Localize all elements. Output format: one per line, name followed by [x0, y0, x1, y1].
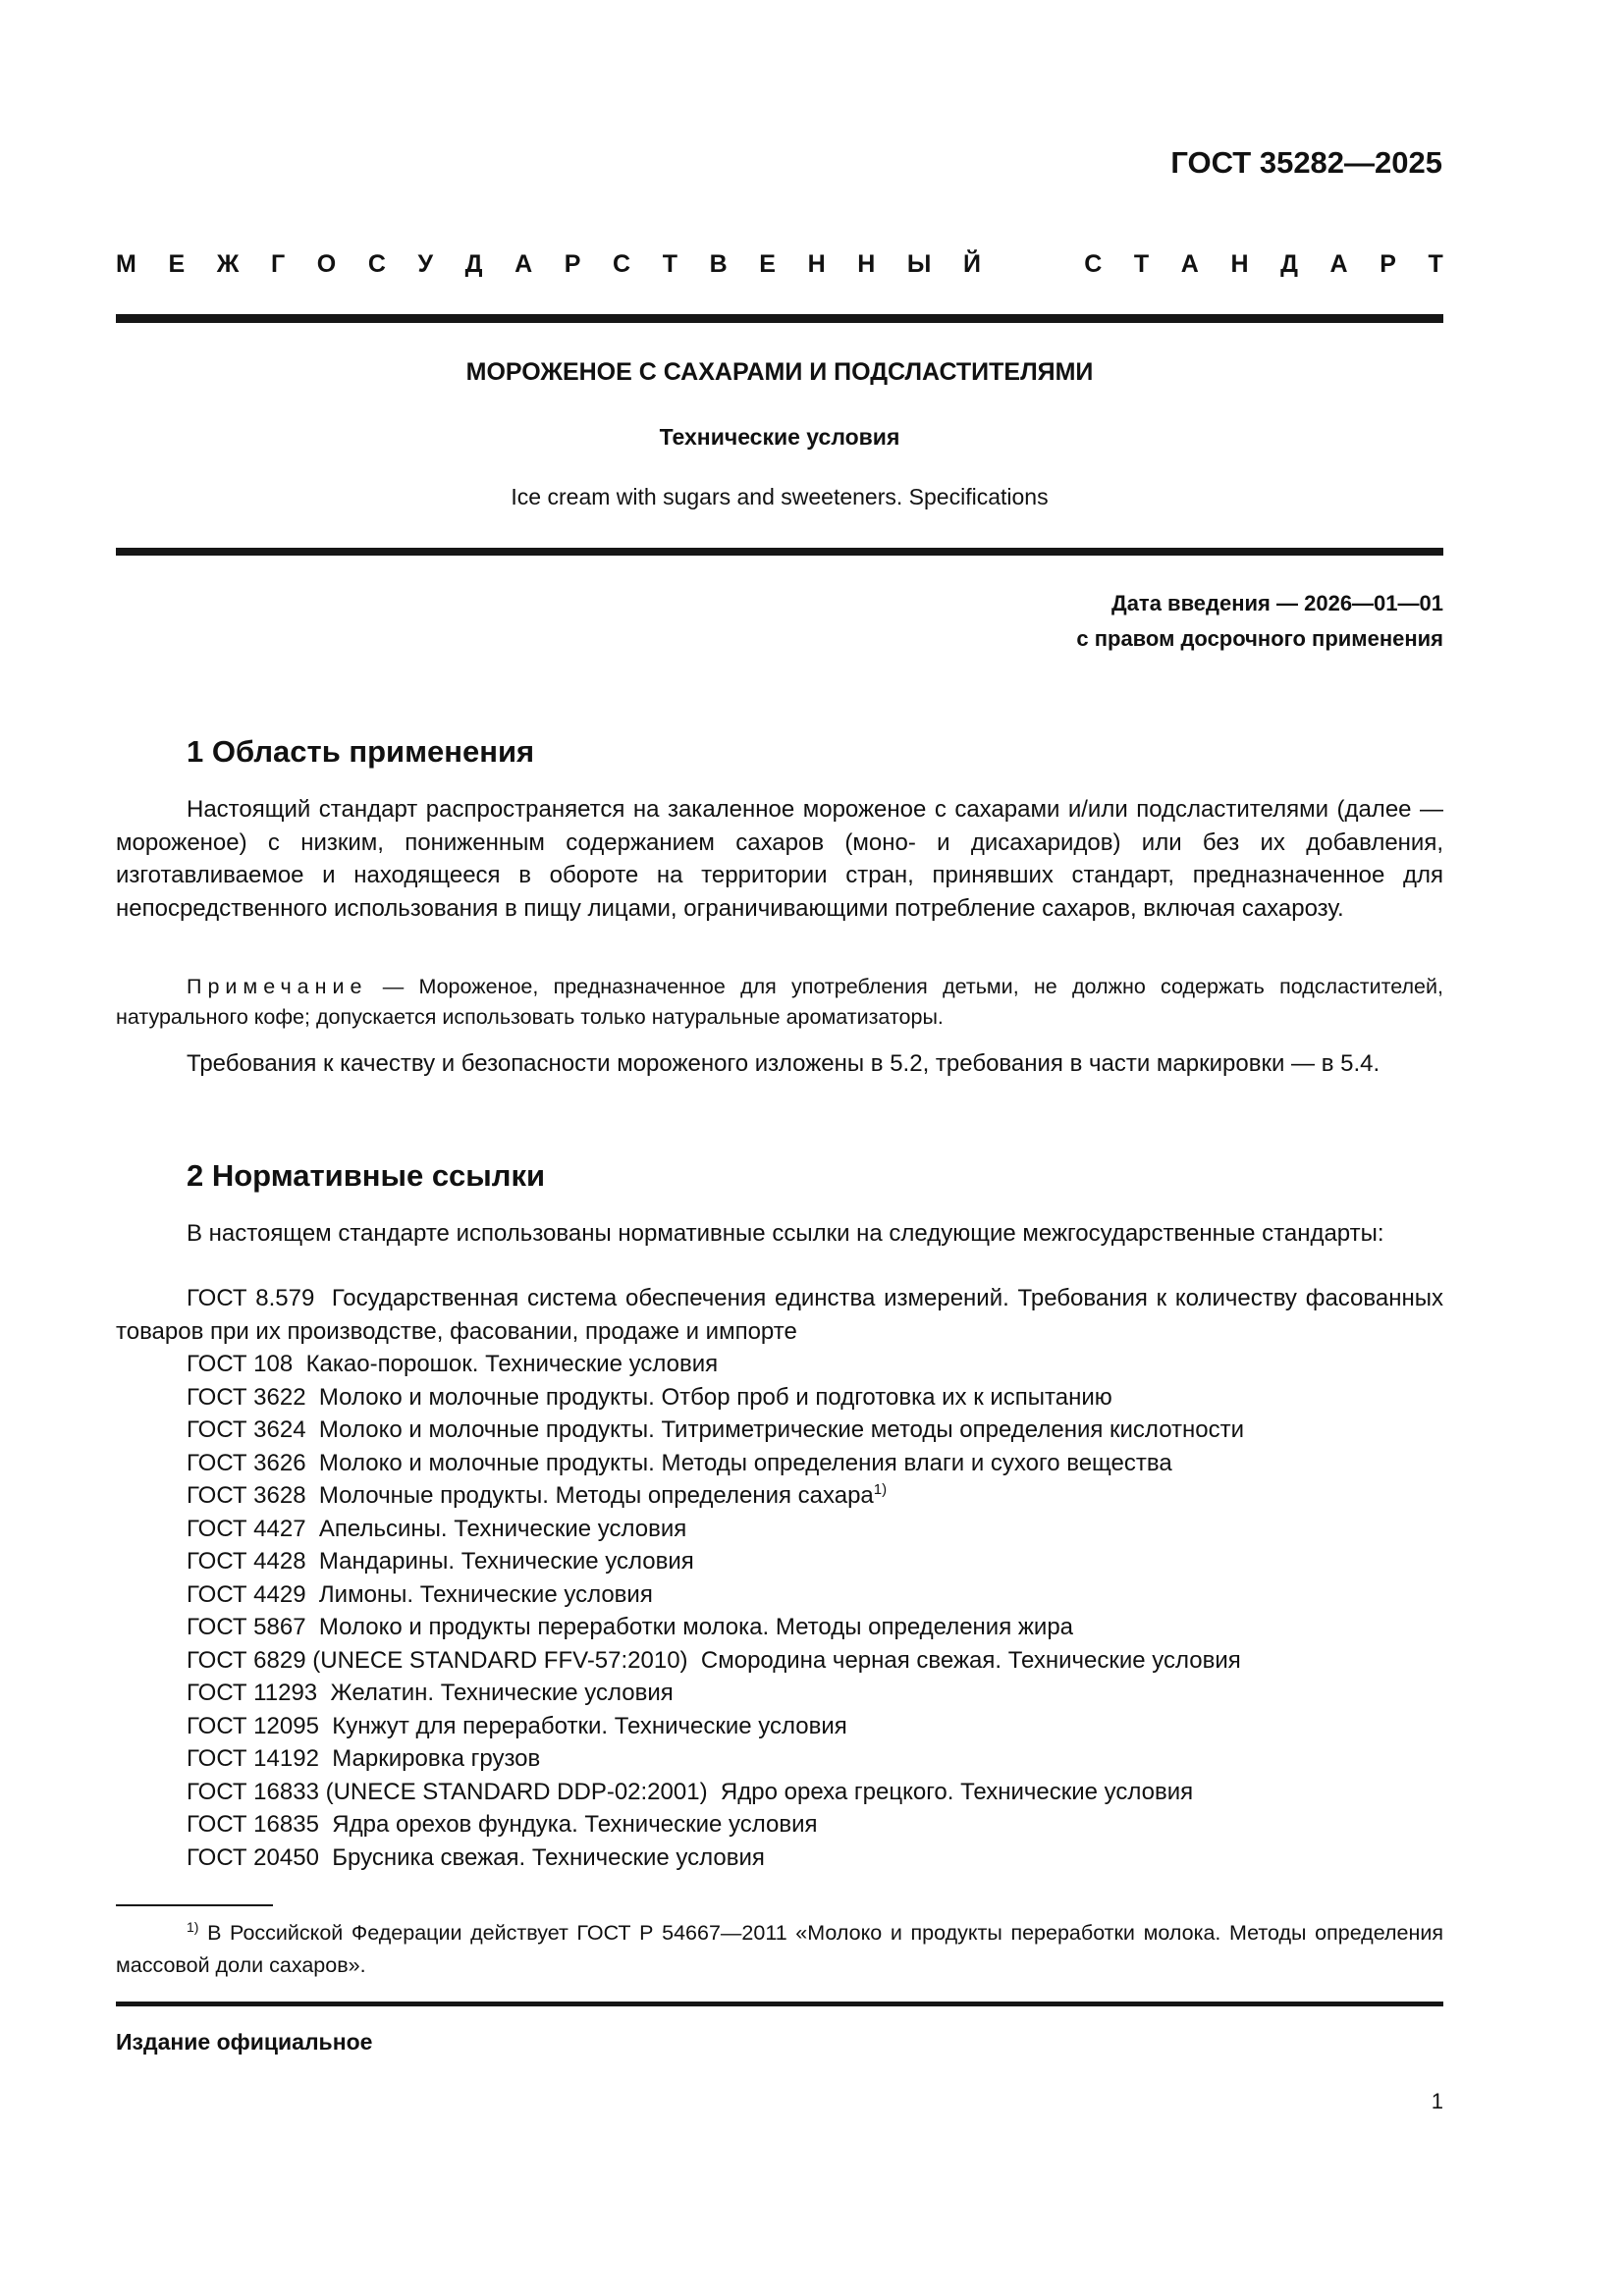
banner-word-gap: [1013, 250, 1053, 279]
banner-letter: А: [1181, 250, 1199, 279]
reference-item: ГОСТ 20450 Брусника свежая. Технические …: [116, 1842, 1443, 1875]
reference-code: ГОСТ 3626: [187, 1450, 306, 1476]
reference-title: Молоко и молочные продукты. Титриметриче…: [319, 1416, 1244, 1443]
banner-letter: Е: [759, 250, 776, 279]
reference-title: Желатин. Технические условия: [330, 1680, 673, 1706]
banner-letter: А: [1330, 250, 1348, 279]
banner-letter: Т: [663, 250, 677, 279]
reference-code: ГОСТ 3624: [187, 1416, 306, 1443]
banner-letter: Ы: [907, 250, 931, 279]
reference-item: ГОСТ 3624 Молоко и молочные продукты. Ти…: [116, 1414, 1443, 1447]
interstate-standard-banner: МЕЖГОСУДАРСТВЕННЫЙСТАНДАРТ: [116, 250, 1443, 279]
footnote-reference[interactable]: 1): [874, 1481, 887, 1498]
reference-code: ГОСТ 20450: [187, 1844, 319, 1871]
reference-title: Апельсины. Технические условия: [319, 1516, 686, 1542]
reference-title: Какао-порошок. Технические условия: [306, 1351, 719, 1377]
document-title: МОРОЖЕНОЕ С САХАРАМИ И ПОДСЛАСТИТЕЛЯМИ: [116, 358, 1443, 387]
banner-letter: М: [116, 250, 136, 279]
banner-letter: В: [710, 250, 728, 279]
banner-letter: С: [368, 250, 386, 279]
reference-code: ГОСТ 3628: [187, 1482, 306, 1509]
footnote-text: В Российской Федерации действует ГОСТ Р …: [116, 1921, 1443, 1977]
note-label: Примечание: [187, 975, 367, 998]
reference-item: ГОСТ 3628 Молочные продукты. Методы опре…: [116, 1479, 1443, 1513]
banner-letter: Д: [465, 250, 483, 279]
banner-letter: Н: [1230, 250, 1248, 279]
reference-title: Ядро ореха грецкого. Технические условия: [721, 1779, 1193, 1805]
reference-title: Мандарины. Технические условия: [319, 1548, 694, 1575]
reference-code: ГОСТ 11293: [187, 1680, 317, 1706]
section-1-heading: 1 Область применения: [187, 734, 534, 770]
introduction-date: Дата введения — 2026—01—01: [1111, 591, 1443, 616]
reference-title: Молоко и молочные продукты. Методы опред…: [319, 1450, 1172, 1476]
reference-item: ГОСТ 6829 (UNECE STANDARD FFV-57:2010) С…: [116, 1644, 1443, 1678]
banner-letter: У: [417, 250, 433, 279]
banner-letter: С: [613, 250, 630, 279]
reference-title: Ядра орехов фундука. Технические условия: [332, 1811, 817, 1838]
banner-letter: С: [1084, 250, 1102, 279]
normative-references-list: ГОСТ 8.579 Государственная система обесп…: [116, 1282, 1443, 1874]
reference-code: ГОСТ 108: [187, 1351, 293, 1377]
reference-item: ГОСТ 5867 Молоко и продукты переработки …: [116, 1611, 1443, 1644]
banner-letter: Д: [1280, 250, 1298, 279]
reference-item: ГОСТ 4429 Лимоны. Технические условия: [116, 1578, 1443, 1612]
footnote-separator: [116, 1904, 273, 1906]
document-subtitle: Технические условия: [116, 424, 1443, 451]
reference-title: Молоко и молочные продукты. Отбор проб и…: [319, 1384, 1112, 1411]
reference-item: ГОСТ 11293 Желатин. Технические условия: [116, 1677, 1443, 1710]
banner-letter: Р: [1380, 250, 1396, 279]
footnote: 1) В Российской Федерации действует ГОСТ…: [116, 1917, 1443, 1982]
reference-code: ГОСТ 4429: [187, 1581, 306, 1608]
reference-code: ГОСТ 12095: [187, 1713, 319, 1739]
gost-number: ГОСТ 35282—2025: [1170, 145, 1442, 181]
reference-item: ГОСТ 108 Какао-порошок. Технические усло…: [116, 1348, 1443, 1381]
section-1-note: Примечание — Мороженое, предназначенное …: [116, 972, 1443, 1033]
banner-letter: Т: [1429, 250, 1443, 279]
reference-code: ГОСТ 14192: [187, 1745, 319, 1772]
document-title-english: Ice cream with sugars and sweeteners. Sp…: [116, 484, 1443, 510]
reference-code: ГОСТ 4428: [187, 1548, 306, 1575]
title-rule: [116, 548, 1443, 556]
page-number: 1: [1432, 2089, 1443, 2114]
reference-title: Молочные продукты. Методы определения са…: [319, 1482, 874, 1509]
banner-letter: Г: [271, 250, 285, 279]
reference-code: ГОСТ 8.579: [187, 1285, 314, 1311]
reference-code: ГОСТ 3622: [187, 1384, 306, 1411]
section-1-paragraph-2: Требования к качеству и безопасности мор…: [116, 1047, 1443, 1081]
banner-letter: Й: [963, 250, 981, 279]
reference-code: ГОСТ 6829 (UNECE STANDARD FFV-57:2010): [187, 1647, 688, 1674]
section-2-intro: В настоящем стандарте использованы норма…: [116, 1217, 1443, 1251]
reference-code: ГОСТ 4427: [187, 1516, 306, 1542]
reference-title: Государственная система обеспечения един…: [116, 1285, 1443, 1345]
reference-item: ГОСТ 14192 Маркировка грузов: [116, 1742, 1443, 1776]
reference-item: ГОСТ 4427 Апельсины. Технические условия: [116, 1513, 1443, 1546]
early-application-note: с правом досрочного применения: [1076, 626, 1443, 652]
reference-item: ГОСТ 8.579 Государственная система обесп…: [116, 1282, 1443, 1348]
reference-title: Смородина черная свежая. Технические усл…: [701, 1647, 1241, 1674]
reference-title: Маркировка грузов: [332, 1745, 540, 1772]
reference-item: ГОСТ 3626 Молоко и молочные продукты. Ме…: [116, 1447, 1443, 1480]
banner-letter: А: [514, 250, 532, 279]
footnote-marker: 1): [187, 1919, 198, 1935]
reference-title: Брусника свежая. Технические условия: [332, 1844, 765, 1871]
section-1-paragraph-1: Настоящий стандарт распространяется на з…: [116, 793, 1443, 925]
reference-item: ГОСТ 16835 Ядра орехов фундука. Техничес…: [116, 1808, 1443, 1842]
banner-letter: Е: [168, 250, 185, 279]
banner-letter: Н: [857, 250, 875, 279]
reference-title: Кунжут для переработки. Технические усло…: [332, 1713, 847, 1739]
banner-letter: Т: [1134, 250, 1149, 279]
reference-item: ГОСТ 12095 Кунжут для переработки. Техни…: [116, 1710, 1443, 1743]
banner-letter: Р: [565, 250, 581, 279]
header-rule: [116, 314, 1443, 323]
reference-code: ГОСТ 5867: [187, 1614, 306, 1640]
official-edition-label: Издание официальное: [116, 2029, 372, 2056]
reference-code: ГОСТ 16835: [187, 1811, 319, 1838]
section-2-heading: 2 Нормативные ссылки: [187, 1158, 545, 1194]
banner-letter: Ж: [217, 250, 240, 279]
banner-letter: Н: [808, 250, 826, 279]
reference-title: Лимоны. Технические условия: [319, 1581, 653, 1608]
reference-title: Молоко и продукты переработки молока. Ме…: [319, 1614, 1073, 1640]
reference-code: ГОСТ 16833 (UNECE STANDARD DDP-02:2001): [187, 1779, 708, 1805]
banner-letter: О: [317, 250, 336, 279]
reference-item: ГОСТ 16833 (UNECE STANDARD DDP-02:2001) …: [116, 1776, 1443, 1809]
reference-item: ГОСТ 3622 Молоко и молочные продукты. От…: [116, 1381, 1443, 1415]
footer-rule: [116, 2002, 1443, 2006]
reference-item: ГОСТ 4428 Мандарины. Технические условия: [116, 1545, 1443, 1578]
